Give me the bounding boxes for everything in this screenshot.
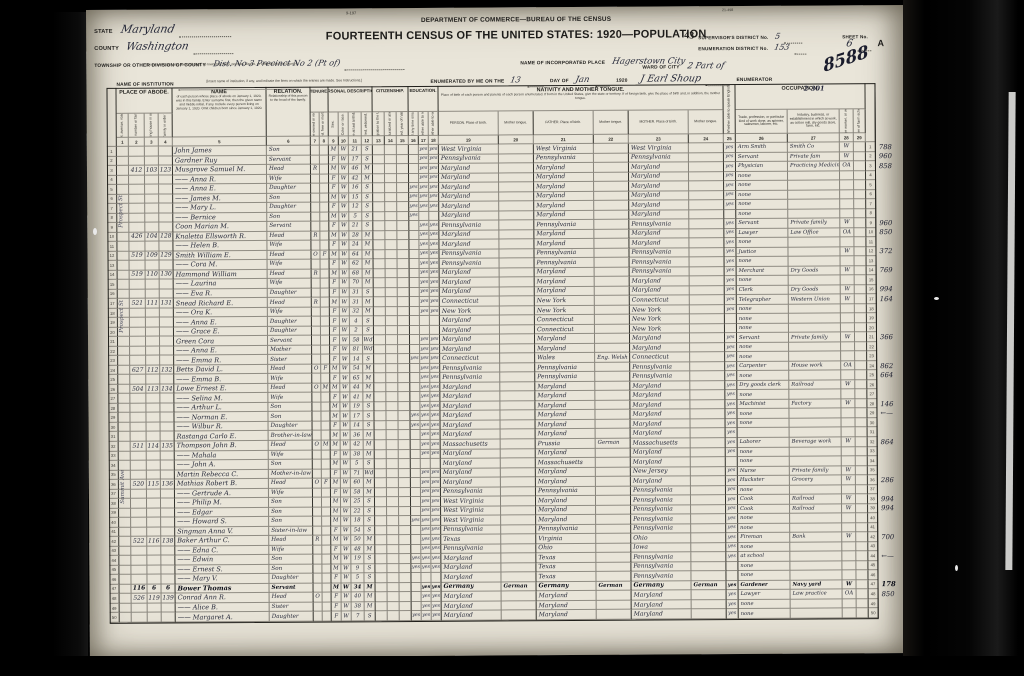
cell-naturalization-year	[397, 174, 409, 184]
cell-sex: M	[331, 440, 341, 450]
cell-mortgage	[320, 146, 329, 156]
cell-marital-status: S	[362, 155, 373, 165]
cell-home-owned	[311, 212, 320, 222]
cell-relation: Wife	[268, 307, 312, 317]
cell-row-number: 38	[109, 499, 119, 509]
cell-pob-father: Germany	[537, 582, 597, 592]
cell-attended-school: yes	[412, 611, 422, 621]
cell-naturalized	[386, 288, 398, 298]
cell-mother-tongue-mother	[690, 333, 725, 343]
cell-relation: Son	[269, 460, 313, 470]
cell-marital-status: M	[363, 278, 374, 288]
cell-row-number: 9	[107, 223, 117, 233]
cell-family-number	[160, 346, 174, 356]
cell-relation: Head	[268, 269, 312, 279]
cell-street	[120, 584, 132, 594]
cell-mother-tongue-father	[597, 591, 632, 601]
column-number: 2	[129, 138, 145, 147]
cell-farm-schedule	[855, 361, 867, 371]
cell-row-number-right: 7	[866, 199, 876, 209]
cell-age: 42	[349, 174, 362, 184]
cell-mother-tongue-father	[595, 315, 630, 325]
cell-mother-tongue-person	[500, 287, 535, 297]
cell-naturalization-year	[398, 278, 410, 288]
cell-row-number: 5	[107, 185, 117, 195]
cell-age: 25	[351, 497, 364, 507]
cell-pob-person: Maryland	[440, 316, 500, 326]
cell-mortgage	[322, 526, 331, 536]
cell-can-read: yes	[421, 440, 431, 450]
cell-age: 18	[351, 516, 364, 526]
cell-farm-schedule	[856, 466, 868, 476]
cell-mortgage: F	[320, 250, 329, 260]
cell-age: 64	[349, 250, 362, 260]
cell-pob-person: Maryland	[439, 211, 499, 221]
cell-pob-father: Texas	[536, 563, 596, 573]
subheader-color: Color or race.	[339, 112, 349, 136]
cell-name: —— Emma R.	[174, 355, 268, 365]
cell-industry	[788, 180, 840, 190]
cell-row-number-right: 19	[867, 313, 877, 323]
cell-attended-school	[411, 535, 421, 545]
cell-pob-mother: Pennsylvania	[631, 514, 691, 524]
cell-marital-status: M	[365, 583, 376, 593]
cell-farm-schedule	[856, 532, 868, 542]
cell-house-number	[130, 308, 146, 318]
cell-row-number-right: 2	[866, 152, 876, 162]
cell-street	[118, 385, 130, 395]
cell-attended-school	[411, 459, 421, 469]
cell-naturalization-year	[397, 183, 409, 193]
cell-dwelling-number: 112	[146, 365, 160, 375]
cell-worker-class	[842, 456, 856, 466]
subheader-write: Whether able to write.	[429, 112, 439, 136]
cell-pob-father: Maryland	[534, 172, 594, 182]
cell-pob-father: Maryland	[535, 287, 595, 297]
cell-mother-tongue-father	[595, 258, 630, 268]
cell-worker-class: W	[841, 285, 855, 295]
cell-can-write: yes	[431, 525, 441, 535]
cell-industry: Western Union	[789, 295, 841, 305]
cell-attended-school: yes	[411, 554, 421, 564]
cell-mother-tongue-person	[499, 201, 534, 211]
cell-immigration-year	[373, 145, 385, 155]
cell-naturalization-year	[398, 383, 410, 393]
cell-house-number: 522	[131, 537, 147, 547]
cell-immigration-year	[373, 231, 385, 241]
column-number: 15	[397, 136, 409, 145]
cell-house-number: 519	[129, 251, 145, 261]
cell-row-number: 29	[108, 413, 118, 423]
cell-row-number-right: 20	[867, 323, 877, 333]
cell-industry	[790, 571, 842, 581]
cell-street	[119, 432, 131, 442]
cell-row-number-right: 49	[869, 599, 879, 609]
cell-farm-schedule	[854, 247, 866, 257]
cell-marital-status: S	[364, 497, 375, 507]
cell-speaks-english	[726, 562, 738, 572]
cell-margin-number: 664	[877, 370, 901, 380]
cell-naturalization-year	[400, 602, 412, 612]
cell-name: —— John A.	[175, 460, 269, 470]
cell-mother-tongue-person	[499, 154, 534, 164]
subheader-mother_pob: MOTHER. Place of birth.	[629, 110, 689, 134]
cell-naturalization-year	[399, 545, 411, 555]
cell-home-owned	[314, 612, 323, 622]
cell-attended-school	[412, 583, 422, 593]
cell-mother-tongue-father	[596, 477, 631, 487]
cell-industry	[789, 257, 841, 267]
cell-worker-class	[840, 180, 854, 190]
cell-age: 16	[349, 183, 362, 193]
cell-color: W	[340, 336, 350, 346]
cell-can-write: yes	[429, 221, 439, 231]
cell-row-number-right: 13	[867, 256, 877, 266]
cell-can-write: yes	[429, 240, 439, 250]
cell-pob-father: Maryland	[536, 420, 596, 430]
cell-can-write: yes	[432, 592, 442, 602]
cell-mortgage	[320, 184, 329, 194]
cell-row-number: 1	[107, 147, 117, 157]
cell-industry	[788, 190, 840, 200]
cell-mother-tongue-father	[596, 524, 631, 534]
cell-can-read: yes	[421, 535, 431, 545]
cell-can-write	[430, 316, 440, 326]
cell-name: —— Edwin	[175, 555, 269, 565]
census-sheet: 9-197 21-498 STATE Maryland COUNTY Washi…	[86, 5, 909, 658]
cell-immigration-year	[375, 516, 387, 526]
cell-worker-class: W	[841, 399, 855, 409]
cell-naturalization-year	[398, 316, 410, 326]
cell-can-read: yes	[419, 164, 429, 174]
cell-margin-number	[878, 561, 902, 571]
cell-color: W	[340, 383, 350, 393]
cell-pob-father: Maryland	[536, 515, 596, 525]
cell-name: John James	[173, 146, 267, 156]
cell-occupation: Nurse	[738, 466, 790, 476]
cell-sex: M	[330, 298, 340, 308]
cell-industry: Grocery	[790, 475, 842, 485]
cell-can-read: yes	[421, 506, 431, 516]
cell-mother-tongue-person	[500, 268, 535, 278]
cell-speaks-english: yes	[725, 381, 737, 391]
cell-row-number: 2	[107, 156, 117, 166]
cell-worker-class	[840, 199, 854, 209]
cell-mortgage	[321, 307, 330, 317]
cell-occupation: Justice	[736, 247, 788, 257]
cell-can-read: yes	[420, 373, 430, 383]
cell-mother-tongue-mother	[691, 505, 726, 515]
cell-relation: Head	[269, 441, 313, 451]
cell-naturalized	[385, 174, 397, 184]
cell-mother-tongue-person	[502, 601, 537, 611]
cell-worker-class: W	[840, 218, 854, 228]
cell-naturalization-year	[397, 155, 409, 165]
cell-relation: Head	[269, 479, 313, 489]
cell-pob-mother: Maryland	[631, 419, 691, 429]
cell-attended-school: yes	[410, 411, 420, 421]
cell-pob-person: Maryland	[440, 344, 500, 354]
cell-margin-number: 146	[877, 399, 901, 409]
cell-naturalization-year	[398, 297, 410, 307]
cell-naturalized	[385, 212, 397, 222]
cell-mother-tongue-father	[596, 572, 631, 582]
cell-dwelling-number: 114	[147, 442, 161, 452]
cell-mother-tongue-person	[501, 515, 536, 525]
cell-mother-tongue-person	[500, 344, 535, 354]
cell-row-number-right: 22	[867, 342, 877, 352]
cell-row-number: 44	[109, 556, 119, 566]
cell-mother-tongue-mother	[691, 514, 726, 524]
cell-home-owned	[312, 393, 321, 403]
cell-age: 28	[349, 231, 362, 241]
cell-marital-status: M	[363, 393, 374, 403]
cell-can-write: yes	[430, 335, 440, 345]
cell-margin-number	[879, 599, 903, 609]
cell-occupation: none	[738, 485, 790, 495]
cell-can-write: yes	[430, 354, 440, 364]
cell-can-read: yes	[420, 383, 430, 393]
cell-margin-number	[878, 570, 902, 580]
cell-speaks-english: yes	[726, 552, 738, 562]
cell-name: —— Emma B.	[174, 374, 268, 384]
cell-color: W	[341, 421, 351, 431]
cell-mother-tongue-person	[501, 458, 536, 468]
cell-age: 48	[351, 545, 364, 555]
cell-occupation: none	[737, 257, 789, 267]
cell-can-write: yes	[431, 449, 441, 459]
cell-house-number	[131, 489, 147, 499]
page-stamp: 43	[684, 30, 694, 41]
cell-pob-father: Maryland	[536, 429, 596, 439]
cell-dwelling-number	[145, 185, 159, 195]
cell-row-number: 40	[109, 518, 119, 528]
cell-color: W	[339, 164, 349, 174]
cell-farm-schedule	[854, 190, 866, 200]
enumeration-district-value: 153	[774, 43, 791, 52]
reference-number: 21-498	[722, 8, 733, 12]
group-name: NAME of each person whose place of abode…	[172, 87, 266, 138]
cell-can-read: yes	[419, 221, 429, 231]
cell-pob-person: West Virginia	[441, 516, 501, 526]
cell-relation: Head	[267, 231, 311, 241]
cell-industry	[789, 409, 841, 419]
cell-attended-school	[409, 145, 419, 155]
cell-mortgage	[322, 488, 331, 498]
cell-worker-class	[840, 190, 854, 200]
cell-sex: M	[331, 498, 341, 508]
cell-naturalized	[387, 478, 399, 488]
cell-pob-mother: New Jersey	[631, 467, 691, 477]
cell-naturalization-year	[399, 488, 411, 498]
street-name-vertical: Summit Ave	[120, 444, 131, 504]
cell-naturalized	[386, 335, 398, 345]
cell-immigration-year	[373, 212, 385, 222]
cell-marital-status: S	[364, 421, 375, 431]
cell-mother-tongue-father	[595, 305, 630, 315]
cell-pob-father: Maryland	[535, 277, 595, 287]
cell-mother-tongue-person	[500, 306, 535, 316]
cell-speaks-english: yes	[725, 409, 737, 419]
cell-color: W	[341, 555, 351, 565]
cell-industry: Railroad	[789, 380, 841, 390]
cell-margin-number	[878, 456, 902, 466]
cell-dwelling-number	[147, 489, 161, 499]
cell-naturalized	[387, 440, 399, 450]
cell-mother-tongue-mother	[692, 590, 727, 600]
cell-pob-person: Pennsylvania	[440, 373, 500, 383]
cell-pob-father: Maryland	[537, 591, 597, 601]
cell-mother-tongue-father	[596, 467, 631, 477]
cell-pob-mother: Maryland	[629, 238, 689, 248]
cell-can-read: yes	[422, 602, 432, 612]
cell-occupation: Arm Smith	[736, 143, 788, 153]
cell-house-number	[130, 318, 146, 328]
cell-relation: Sister	[268, 355, 312, 365]
cell-name: —— Ernest S.	[175, 565, 269, 575]
cell-color: W	[340, 412, 350, 422]
cell-pob-person: Germany	[442, 582, 502, 592]
cell-mother-tongue-father	[594, 153, 629, 163]
cell-speaks-english: yes	[725, 333, 737, 343]
cell-street	[119, 556, 131, 566]
cell-street	[118, 366, 130, 376]
cell-worker-class	[841, 276, 855, 286]
cell-pob-person: Pennsylvania	[439, 249, 499, 259]
subheader-marital: Single, married, widowed, or divorced.	[362, 112, 373, 136]
cell-age: 68	[350, 269, 363, 279]
column-speaks-english: Whether able to speak English.	[723, 84, 735, 134]
cell-occupation: Dry goods clerk	[737, 381, 789, 391]
cell-pob-father: Maryland	[535, 410, 595, 420]
cell-pob-person: Maryland	[440, 268, 500, 278]
cell-row-number-right: 10	[866, 228, 876, 238]
film-border-bottom	[0, 656, 1024, 676]
cell-mother-tongue-father	[596, 458, 631, 468]
cell-naturalized	[386, 326, 398, 336]
cell-home-owned	[314, 583, 323, 593]
column-number: 7	[311, 137, 320, 146]
cell-row-number-right: 29	[867, 409, 877, 419]
cell-family-number	[161, 518, 175, 528]
cell-mother-tongue-person	[500, 335, 535, 345]
cell-margin-number	[879, 608, 903, 618]
cell-mother-tongue-mother	[689, 248, 724, 258]
cell-speaks-english: yes	[724, 143, 736, 153]
cell-pob-mother: Pennsylvania	[629, 153, 689, 163]
column-number: 8	[320, 137, 329, 146]
cell-worker-class: W	[841, 380, 855, 390]
cell-dwelling-number	[146, 356, 160, 366]
cell-home-owned	[311, 174, 320, 184]
cell-naturalized	[386, 345, 398, 355]
cell-naturalized	[385, 221, 397, 231]
cell-house-number: 519	[130, 270, 146, 280]
cell-occupation: Fireman	[738, 533, 790, 543]
group-relation: RELATION. Relationship of this person to…	[266, 87, 310, 137]
cell-pob-person: Maryland	[439, 240, 499, 250]
cell-pob-mother: Massachusetts	[631, 438, 691, 448]
cell-pob-father: Pennsylvania	[535, 372, 595, 382]
column-number: 14	[385, 136, 397, 145]
cell-occupation: none	[736, 171, 788, 181]
cell-family-number	[160, 356, 174, 366]
subheader-street: Street, avenue, road, etc.	[117, 114, 129, 138]
cell-mother-tongue-father	[595, 334, 630, 344]
cell-dwelling-number: 111	[146, 299, 160, 309]
cell-naturalization-year	[397, 240, 409, 250]
cell-family-number	[159, 204, 173, 214]
cell-color: W	[340, 374, 350, 384]
cell-worker-class	[842, 551, 856, 561]
cell-street	[118, 413, 130, 423]
cell-age: 17	[350, 412, 363, 422]
cell-mortgage: M	[321, 383, 330, 393]
cell-industry	[790, 542, 842, 552]
cell-naturalized	[386, 412, 398, 422]
cell-pob-mother: Maryland	[629, 172, 689, 182]
cell-immigration-year	[375, 564, 387, 574]
cell-mother-tongue-person	[500, 363, 535, 373]
cell-naturalized	[386, 259, 398, 269]
cell-can-read: yes	[421, 421, 431, 431]
cell-mother-tongue-mother	[692, 600, 727, 610]
cell-row-number-right: 35	[868, 466, 878, 476]
cell-naturalization-year	[398, 288, 410, 298]
cell-house-number	[130, 327, 146, 337]
cell-naturalized	[387, 564, 399, 574]
cell-sex: F	[330, 355, 340, 365]
cell-family-number	[161, 489, 175, 499]
cell-mother-tongue-father: Eng. Welsh	[595, 353, 630, 363]
cell-naturalization-year	[399, 497, 411, 507]
cell-worker-class: OA	[843, 590, 857, 600]
cell-worker-class: W	[840, 142, 854, 152]
cell-naturalization-year	[399, 430, 411, 440]
cell-mother-tongue-mother	[691, 533, 726, 543]
cell-immigration-year	[375, 554, 387, 564]
cell-attended-school	[410, 326, 420, 336]
cell-pob-mother: Iowa	[631, 543, 691, 553]
cell-pob-mother: Pennsylvania	[631, 495, 691, 505]
cell-attended-school	[409, 240, 419, 250]
cell-home-owned	[311, 184, 320, 194]
cell-margin-number	[878, 523, 902, 533]
cell-naturalization-year	[399, 564, 411, 574]
column-number: 20	[499, 135, 534, 144]
column-number: 24	[689, 134, 724, 143]
cell-row-number-right: 43	[868, 542, 878, 552]
cell-speaks-english: yes	[724, 172, 736, 182]
cell-age: 58	[350, 336, 363, 346]
cell-margin-number	[878, 447, 902, 457]
cell-can-write: yes	[431, 468, 441, 478]
cell-color: W	[339, 222, 349, 232]
cell-house-number	[131, 575, 147, 585]
cell-occupation: none	[736, 181, 788, 191]
cell-family-number	[161, 527, 175, 537]
cell-naturalization-year	[399, 421, 411, 431]
cell-immigration-year	[376, 583, 388, 593]
cell-pob-person: Texas	[441, 535, 501, 545]
cell-pob-person: Maryland	[440, 278, 500, 288]
cell-marital-status: S	[363, 402, 374, 412]
cell-mother-tongue-father	[595, 286, 630, 296]
cell-immigration-year	[374, 402, 386, 412]
cell-pob-mother: Pennsylvania	[631, 572, 691, 582]
cell-home-owned: O	[314, 593, 323, 603]
cell-mortgage	[320, 212, 329, 222]
